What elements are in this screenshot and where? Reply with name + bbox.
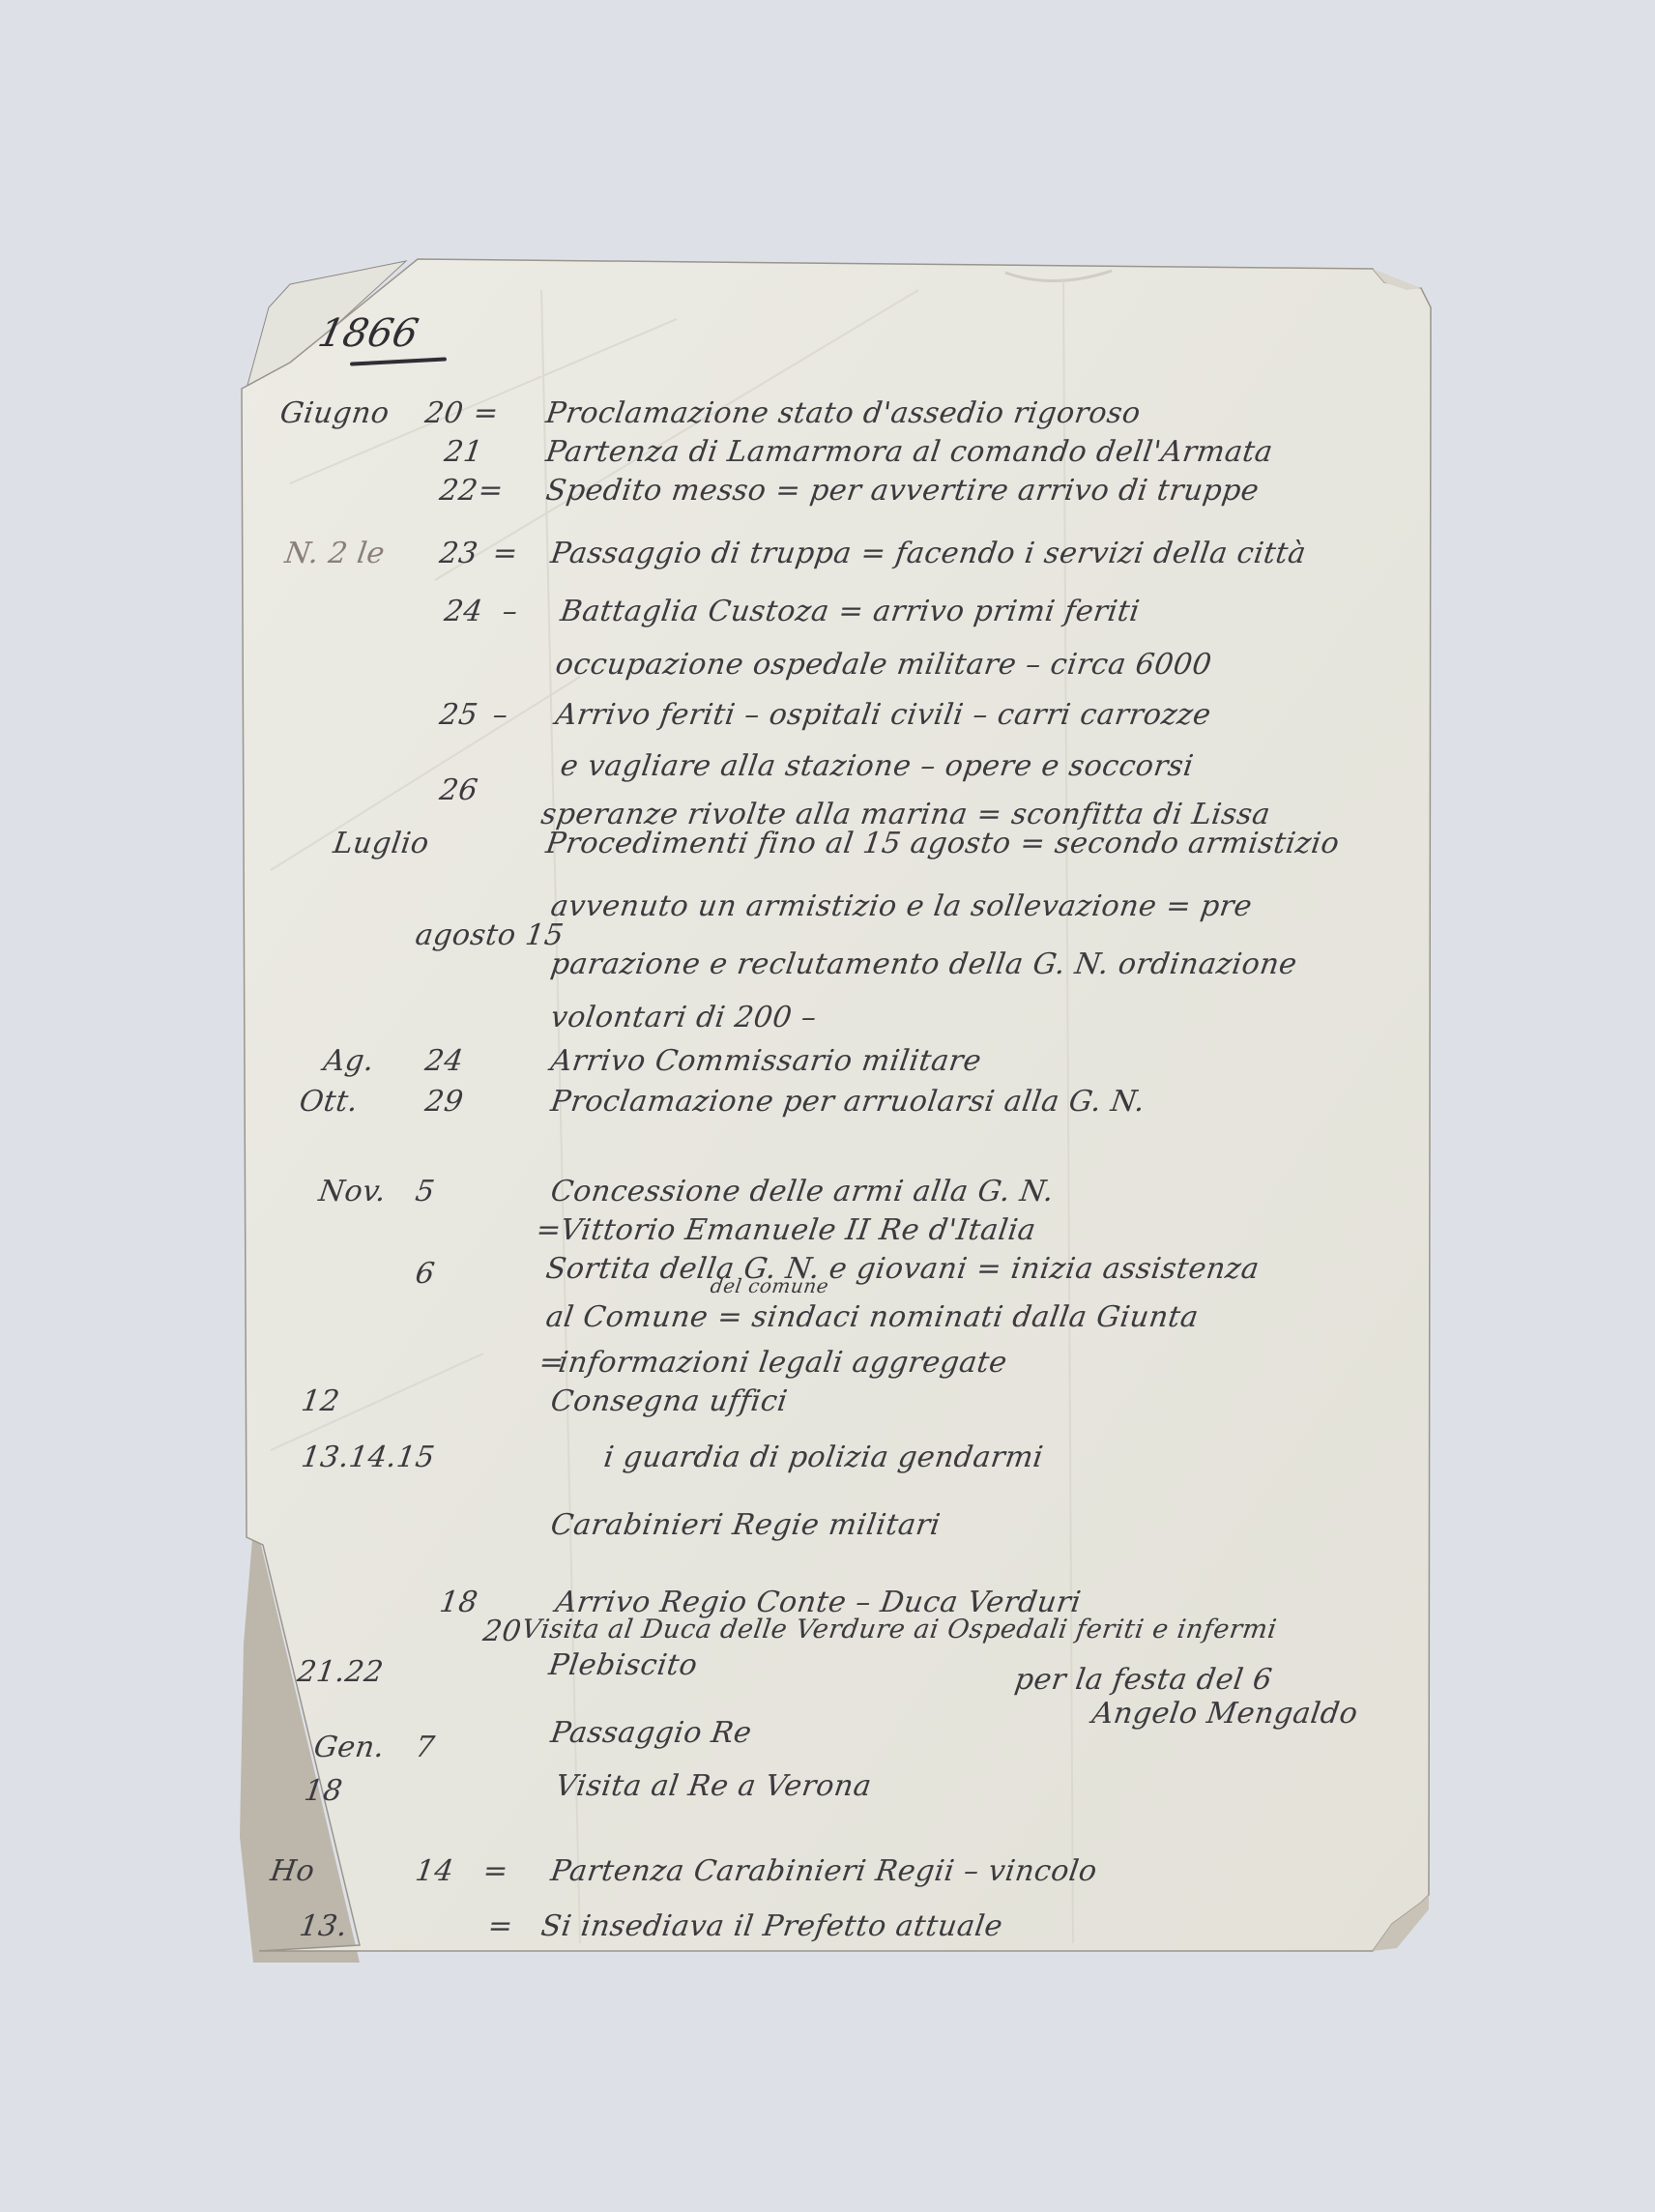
- entry-text: e vagliare alla stazione – opere e socco…: [559, 749, 1196, 783]
- entry-sep: –: [491, 698, 510, 732]
- entry-sep: =: [491, 537, 521, 570]
- entry-month: Ho: [269, 1854, 317, 1888]
- entry-text: i guardia di polizia gendarmi: [602, 1441, 1046, 1474]
- year-heading: 1866: [314, 311, 422, 356]
- entry-day: 13.14.15: [300, 1441, 438, 1474]
- entry-day: 20: [423, 396, 466, 430]
- entry-month: Nov.: [317, 1175, 389, 1208]
- entry-text: Consegna uffici: [549, 1384, 790, 1418]
- entry-month: Ott.: [298, 1085, 361, 1119]
- entry-day: 6: [414, 1257, 438, 1291]
- entry-sep: =: [472, 396, 502, 430]
- interlinear-note: del comune: [709, 1274, 830, 1297]
- entry-day: 22: [438, 474, 480, 508]
- entry-day: 21.22: [296, 1655, 386, 1689]
- entry-day: 24: [443, 595, 485, 628]
- entry-day: 18: [438, 1586, 480, 1619]
- entry-sep: =: [486, 1909, 516, 1943]
- entry-day: 12: [300, 1384, 342, 1418]
- entry-text: Passaggio Re: [549, 1716, 754, 1750]
- entry-day: 7: [414, 1731, 438, 1764]
- entry-text: avvenuto un armistizio e la sollevazione…: [549, 889, 1255, 923]
- manuscript-text: 1866 Giugno 20 = Proclamazione stato d'a…: [0, 0, 1655, 2212]
- entry-month: Gen.: [312, 1731, 387, 1764]
- right-note: per la festa del 6: [1013, 1663, 1275, 1697]
- entry-text: al Comune = sindaci nominati dalla Giunt…: [544, 1300, 1202, 1334]
- entry-text: Partenza di Lamarmora al comando dell'Ar…: [544, 435, 1275, 469]
- entry-sep: =: [477, 474, 507, 508]
- year-underline: [350, 357, 447, 365]
- entry-day: agosto 15: [414, 918, 566, 952]
- entry-text: Procedimenti fino al 15 agosto = secondo…: [544, 827, 1342, 860]
- margin-note: N. 2 le: [283, 537, 388, 570]
- entry-day: 23: [438, 537, 480, 570]
- entry-day: 25: [438, 698, 480, 732]
- entry-day: 13.: [298, 1909, 350, 1943]
- entry-text: Plebiscito: [547, 1648, 700, 1682]
- entry-day: 14: [414, 1854, 456, 1888]
- entry-text: Spedito messo = per avvertire arrivo di …: [544, 474, 1262, 508]
- entry-month: Giugno: [278, 396, 392, 430]
- entry-sep: =: [481, 1854, 511, 1888]
- entry-text: Arrivo feriti – ospitali civili – carri …: [554, 698, 1213, 732]
- entry-text: occupazione ospedale militare – circa 60…: [554, 648, 1214, 682]
- entry-day: 21: [443, 435, 485, 469]
- entry-text: Visita al Re a Verona: [554, 1769, 874, 1803]
- entry-text: Concessione delle armi alla G. N.: [549, 1175, 1057, 1208]
- entry-month: Ag.: [322, 1044, 377, 1078]
- entry-day: 24: [423, 1044, 466, 1078]
- entry-text: Passaggio di truppa = facendo i servizi …: [549, 537, 1309, 570]
- entry-day: 18: [303, 1774, 345, 1808]
- entry-text: volontari di 200 –: [549, 1001, 819, 1034]
- entry-day: 26: [438, 773, 480, 807]
- entry-day: 20: [481, 1615, 524, 1648]
- entry-text: Carabinieri Regie militari: [549, 1508, 943, 1542]
- entry-month: Luglio: [332, 827, 432, 860]
- entry-text: Battaglia Custoza = arrivo primi feriti: [559, 595, 1143, 628]
- entry-text: Si insediava il Prefetto attuale: [539, 1909, 1005, 1943]
- entry-text: parazione e reclutamento della G. N. ord…: [549, 947, 1299, 981]
- entry-text: Proclamazione stato d'assedio rigoroso: [544, 396, 1144, 430]
- entry-text: Proclamazione per arruolarsi alla G. N.: [549, 1085, 1147, 1119]
- entry-text: informazioni legali aggregate: [557, 1346, 1010, 1380]
- entry-day: 5: [414, 1175, 438, 1208]
- entry-text: Visita al Duca delle Verdure ai Ospedali…: [520, 1615, 1279, 1644]
- entry-text: Arrivo Commissario militare: [549, 1044, 984, 1078]
- entry-sep: –: [501, 595, 520, 628]
- entry-text: Sortita della G. N. e giovani = inizia a…: [544, 1252, 1262, 1286]
- entry-text: Partenza Carabinieri Regii – vincolo: [549, 1854, 1100, 1888]
- right-note: Angelo Mengaldo: [1090, 1697, 1360, 1731]
- entry-day: 29: [423, 1085, 466, 1119]
- entry-text: Vittorio Emanuele II Re d'Italia: [559, 1213, 1038, 1247]
